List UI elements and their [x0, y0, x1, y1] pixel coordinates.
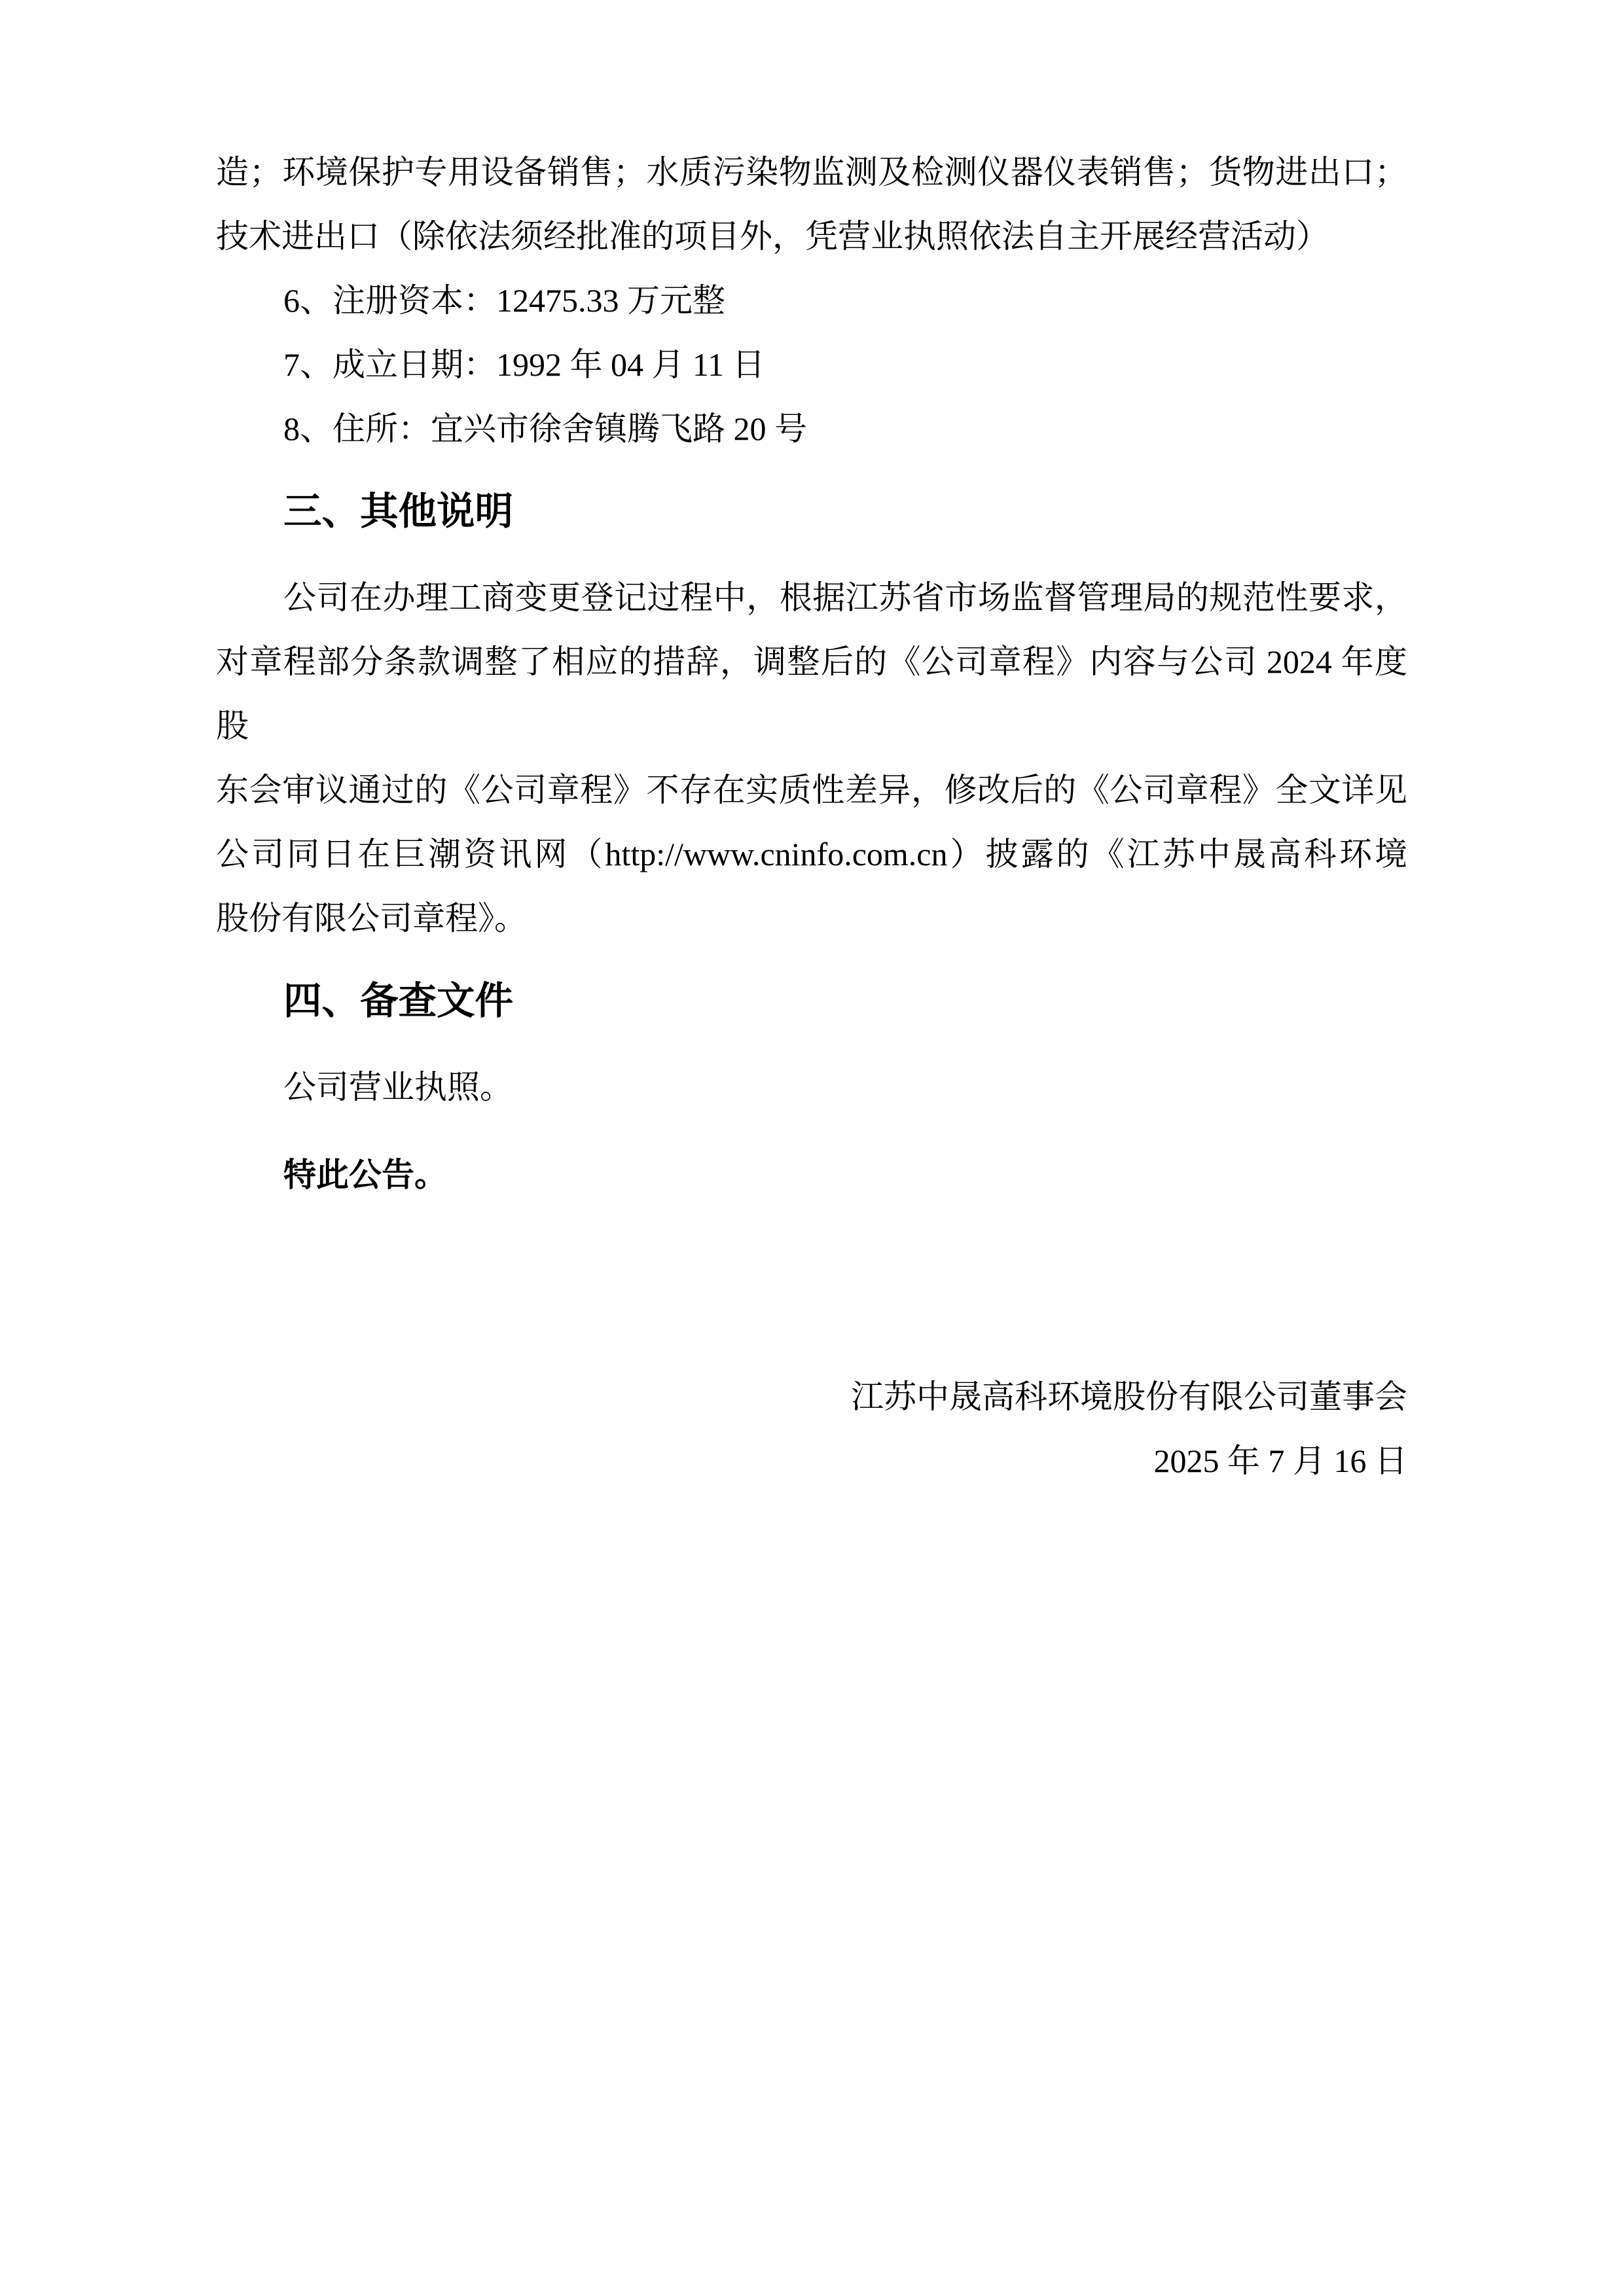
signature-board: 江苏中晟高科环境股份有限公司董事会 — [216, 1365, 1407, 1429]
company-info-item-address: 8、住所：宜兴市徐舍镇腾飞路 20 号 — [216, 397, 1407, 461]
company-info-item-registered-capital: 6、注册资本：12475.33 万元整 — [216, 268, 1407, 332]
document-body: 造；环境保护专用设备销售；水质污染物监测及检测仪器仪表销售；货物进出口； 技术进… — [216, 140, 1407, 1493]
signature-date: 2025 年 7 月 16 日 — [216, 1429, 1407, 1493]
business-scope-line: 技术进出口（除依法须经批准的项目外，凭营业执照依法自主开展经营活动） — [216, 204, 1407, 268]
reference-document-line: 公司营业执照。 — [216, 1055, 1407, 1119]
section-heading-reference-documents: 四、备查文件 — [216, 969, 1407, 1033]
paragraph-line: 公司在办理工商变更登记过程中，根据江苏省市场监督管理局的规范性要求， — [216, 565, 1407, 630]
business-scope-line: 造；环境保护专用设备销售；水质污染物监测及检测仪器仪表销售；货物进出口； — [216, 140, 1407, 204]
paragraph-line: 公司同日在巨潮资讯网（http://www.cninfo.com.cn）披露的《… — [216, 822, 1407, 886]
company-info-item-founding-date: 7、成立日期：1992 年 04 月 11 日 — [216, 332, 1407, 397]
closing-notice: 特此公告。 — [216, 1143, 1407, 1207]
section-heading-other-notes: 三、其他说明 — [216, 480, 1407, 544]
document-page: 造；环境保护专用设备销售；水质污染物监测及检测仪器仪表销售；货物进出口； 技术进… — [0, 0, 1624, 2296]
paragraph-line: 对章程部分条款调整了相应的措辞，调整后的《公司章程》内容与公司 2024 年度股 — [216, 630, 1407, 758]
paragraph-line: 股份有限公司章程》。 — [216, 886, 1407, 950]
paragraph-line: 东会审议通过的《公司章程》不存在实质性差异，修改后的《公司章程》全文详见 — [216, 758, 1407, 822]
